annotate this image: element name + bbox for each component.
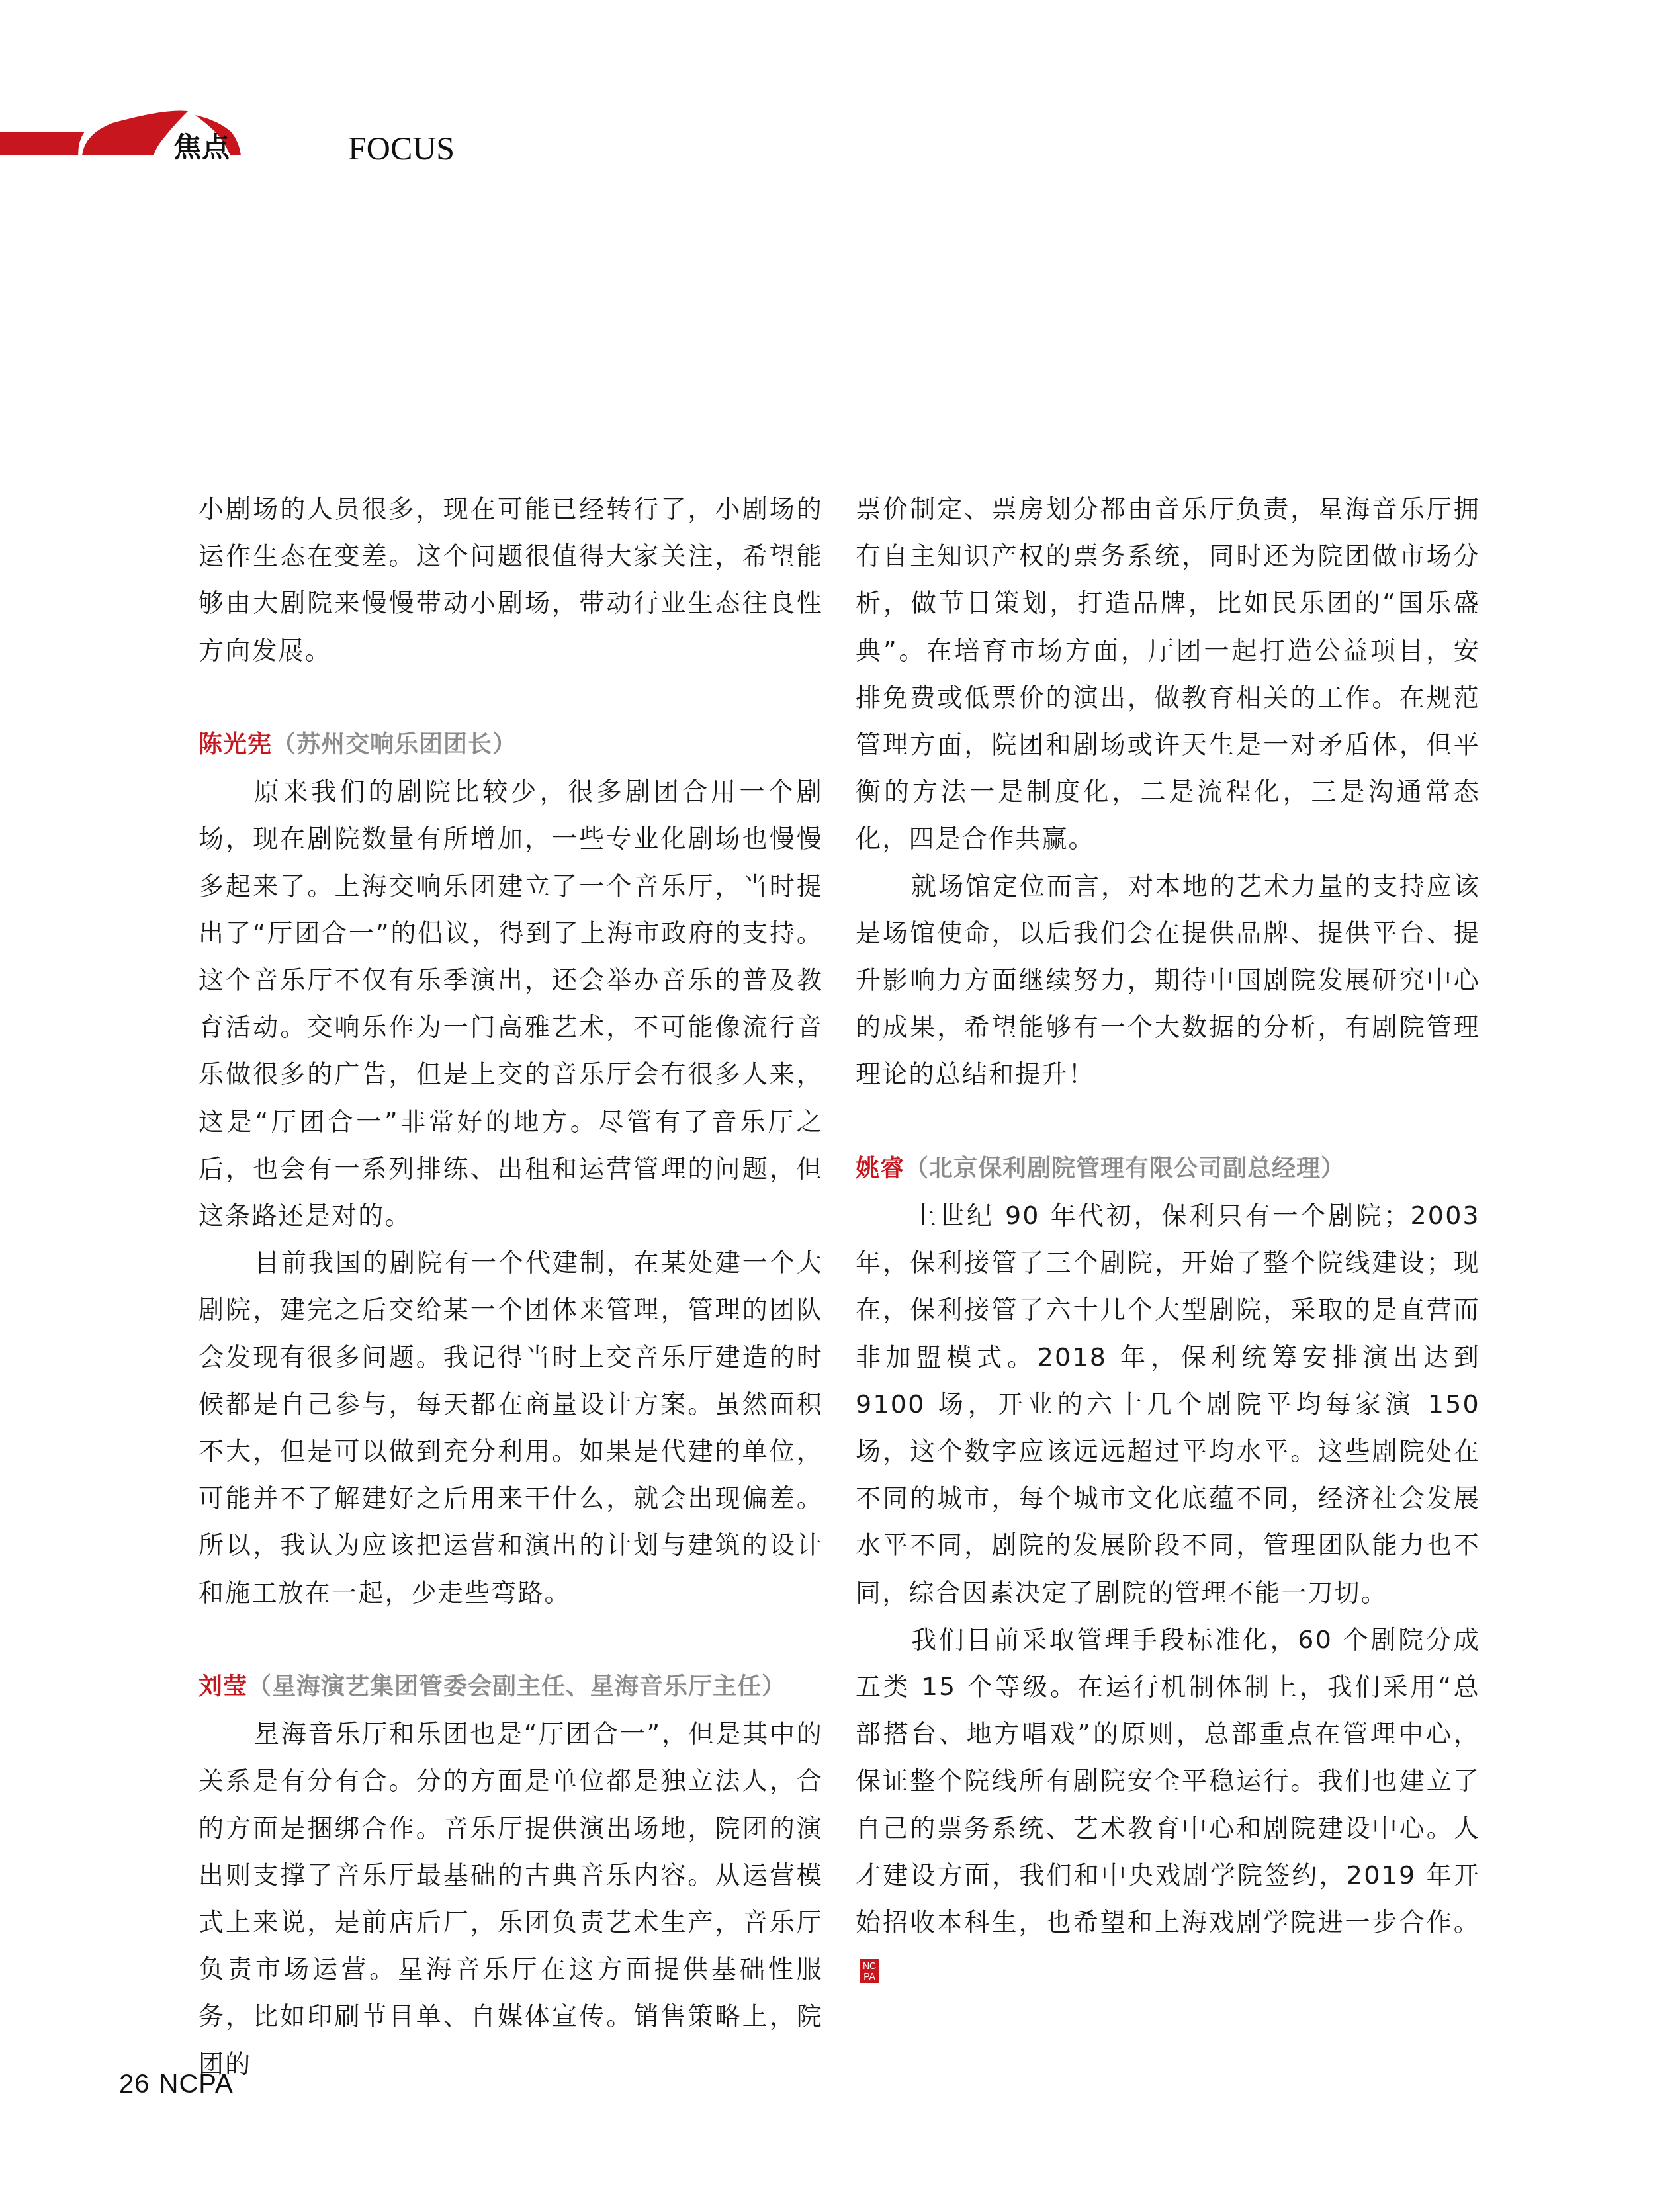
article-column-right: 票价制定、票房划分都由音乐厅负责，星海音乐厅拥有自主知识产权的票务系统，同时还为… [856, 486, 1480, 1993]
end-mark-bottom: PA [860, 1971, 879, 1982]
continued-paragraph: 票价制定、票房划分都由音乐厅负责，星海音乐厅拥有自主知识产权的票务系统，同时还为… [856, 486, 1480, 863]
section-title-cn: 焦点 [173, 131, 230, 164]
speaker-heading: 刘莹（星海演艺集团管委会副主任、星海音乐厅主任） [199, 1663, 823, 1710]
page-number: 26 [119, 2070, 150, 2099]
paragraph: 上世纪 90 年代初，保利只有一个剧院；2003 年，保利接管了三个剧院，开始了… [856, 1192, 1480, 1616]
paragraph: 就场馆定位而言，对本地的艺术力量的支持应该是场馆使命，以后我们会在提供品牌、提供… [856, 863, 1480, 1098]
speaker-role: （星海演艺集团管委会副主任、星海音乐厅主任） [247, 1673, 786, 1700]
speaker-name: 陈光宪 [199, 731, 272, 758]
publication-name: NCPA [159, 2070, 234, 2099]
paragraph: 目前我国的剧院有一个代建制，在某处建一个大剧院，建完之后交给某一个团体来管理，管… [199, 1239, 823, 1616]
speaker-name: 姚睿 [856, 1155, 905, 1182]
section-title-en: FOCUS [348, 130, 455, 167]
speaker-heading: 姚睿（北京保利剧院管理有限公司副总经理） [856, 1145, 1480, 1192]
page-footer: 26NCPA [119, 2070, 234, 2099]
speaker-role: （北京保利剧院管理有限公司副总经理） [905, 1155, 1345, 1182]
section-header: 焦点 FOCUS [0, 99, 503, 172]
speaker-name: 刘莹 [199, 1673, 247, 1700]
speaker-heading: 陈光宪（苏州交响乐团团长） [199, 721, 823, 768]
end-mark-top: NC [860, 1960, 879, 1971]
paragraph: 我们目前采取管理手段标准化，60 个剧院分成五类 15 个等级。在运行机制体制上… [856, 1616, 1480, 1993]
paragraph-text: 我们目前采取管理手段标准化，60 个剧院分成五类 15 个等级。在运行机制体制上… [856, 1625, 1480, 1937]
paragraph: 星海音乐厅和乐团也是“厅团合一”，但是其中的关系是有分有合。分的方面是单位都是独… [199, 1710, 823, 2087]
speaker-role: （苏州交响乐团团长） [272, 731, 517, 758]
continued-paragraph: 小剧场的人员很多，现在可能已经转行了，小剧场的运作生态在变差。这个问题很值得大家… [199, 486, 823, 674]
paragraph: 原来我们的剧院比较少，很多剧团合用一个剧场，现在剧院数量有所增加，一些专业化剧场… [199, 768, 823, 1239]
ncpa-end-mark-icon: NCPA [860, 1959, 879, 1983]
article-column-left: 小剧场的人员很多，现在可能已经转行了，小剧场的运作生态在变差。这个问题很值得大家… [199, 486, 823, 2087]
